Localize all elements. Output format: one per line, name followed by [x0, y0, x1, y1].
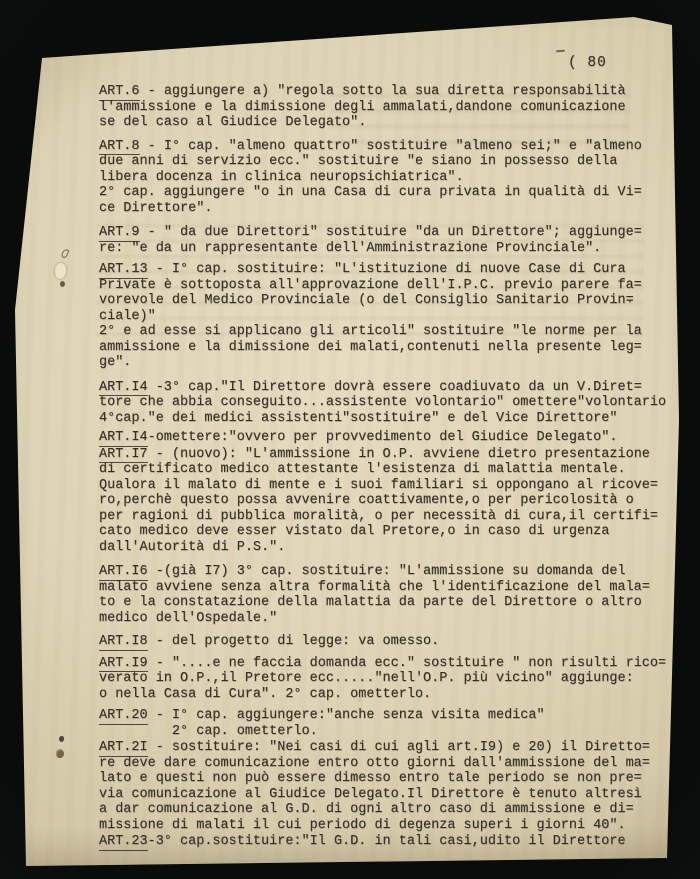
text-line: cato medico deve esser vistato dal Preto… — [99, 524, 677, 540]
text-line: ART.23-3° cap.sostituire:"Il G.D. in tal… — [99, 834, 677, 850]
paragraph-art-21: ART.2I - sostituire: "Nei casi di cui ag… — [99, 740, 677, 833]
text-line: re: "e da un rappresentante dell'Amminis… — [99, 241, 677, 257]
text-line: verato in O.P.,il Pretore ecc....."nell'… — [99, 671, 677, 687]
text-line: to e la constatazione della malattia da … — [99, 595, 677, 611]
text-line: per ragioni di pubblica moralità, o per … — [99, 509, 677, 525]
text-line: ciale)" — [99, 309, 677, 325]
text-line: di certificato medico attestante l'esist… — [99, 462, 677, 478]
paragraph-art-8: ART.8 - I° cap. "almeno quattro" sostitu… — [99, 139, 677, 217]
text-line: ammissione e la dimissione dei malati,co… — [99, 340, 677, 356]
text-line: ART.6 - aggiungere a) "regola sotto la s… — [99, 84, 677, 100]
text-line: ce Direttore". — [99, 201, 677, 217]
text-line: ro,perchè questo possa avvenire coattiva… — [99, 493, 677, 509]
article-label: ART.13 — [99, 262, 148, 279]
paragraph-art-18: ART.I8 - del progetto di legge: va omess… — [99, 634, 677, 650]
article-label: ART.I6 — [99, 564, 148, 581]
page-number: ( 80 — [568, 55, 607, 71]
text-line: tore che abbia conseguito...assistente v… — [99, 395, 677, 411]
article-label: ART.I7 — [99, 447, 148, 464]
text-line: malato avviene senza altra formalità che… — [99, 580, 677, 596]
text-line: missione di malati il cui periodo di deg… — [99, 818, 677, 834]
text-line: via comunicazione al Giudice Delegato.Il… — [99, 787, 677, 803]
text-line: Qualora il malato di mente e i suoi fami… — [99, 478, 677, 494]
text-line: ART.I6 -(già I7) 3° cap. sostituire: "L'… — [99, 564, 677, 580]
paragraph-art-17: ART.I7 - (nuovo): "L'ammissione in O.P. … — [99, 447, 677, 556]
paragraph-art-20: ART.20 - I° cap. aggiungere:"anche senza… — [99, 708, 677, 739]
article-label: ART.23 — [99, 834, 148, 851]
article-label: ART.6 — [99, 84, 140, 101]
paragraph-art-14: ART.I4 -3° cap."Il Direttore dovrà esser… — [99, 380, 677, 427]
text-line: re deve dare comunicazione entro otto gi… — [99, 756, 677, 772]
text-line: ART.2I - sostituire: "Nei casi di cui ag… — [99, 740, 677, 756]
paragraph-art-14-omettere: ART.I4-omettere:"ovvero per provvediment… — [99, 430, 677, 446]
article-label: ART.8 — [99, 139, 140, 156]
article-label: ART.I9 — [99, 656, 148, 673]
paragraph-art-16: ART.I6 -(già I7) 3° cap. sostituire: "L'… — [99, 564, 677, 626]
text-line: l'ammissione e la dimissione degli ammal… — [99, 100, 677, 116]
article-label: ART.2I — [99, 740, 148, 757]
text-line: a dar comunicazione al G.D. di ogni altr… — [99, 802, 677, 818]
text-line: 2° e ad esse si applicano gli articoli" … — [99, 324, 677, 340]
paragraph-art-6: ART.6 - aggiungere a) "regola sotto la s… — [99, 84, 677, 131]
text-line: lato e questi non può essere dimesso ent… — [99, 771, 677, 787]
scanned-page-background: { "theme": { "paper_color": "#ded3b5", "… — [0, 0, 700, 879]
article-label: ART.20 — [99, 708, 148, 725]
text-line: se del caso al Giudice Delegato". — [99, 115, 677, 131]
text-line: ART.I7 - (nuovo): "L'ammissione in O.P. … — [99, 447, 677, 463]
article-label: ART.9 — [99, 225, 140, 242]
text-line: ART.8 - I° cap. "almeno quattro" sostitu… — [99, 139, 677, 155]
text-line: ART.9 - " da due Direttori" sostituire "… — [99, 225, 677, 241]
text-line: Private è sottoposta all'approvazione de… — [99, 278, 677, 294]
text-line: dall'Autorità di P.S.". — [99, 540, 677, 556]
text-line: 2° cap. ometterlo. — [99, 724, 677, 740]
paragraph-art-19: ART.I9 - "....e ne faccia domanda ecc." … — [99, 656, 677, 703]
text-line: ART.I9 - "....e ne faccia domanda ecc." … — [99, 656, 677, 672]
text-line: libera docenza in clinica neuropsichiatr… — [99, 170, 677, 186]
text-line: 2° cap. aggiungere "o in una Casa di cur… — [99, 185, 677, 201]
text-line: ART.I8 - del progetto di legge: va omess… — [99, 634, 677, 650]
paragraph-art-9: ART.9 - " da due Direttori" sostituire "… — [99, 225, 677, 256]
text-line: vorevole del Medico Provinciale (o del C… — [99, 293, 677, 309]
text-line: o nella Casa di Cura". 2° cap. ometterlo… — [99, 687, 677, 703]
article-label: ART.I4 — [99, 380, 148, 397]
text-line: ART.I4-omettere:"ovvero per provvediment… — [99, 430, 677, 446]
text-line: medico dell'Ospedale." — [99, 611, 677, 627]
paragraph-art-13: ART.13 - I° cap. sostituire: "L'istituzi… — [99, 262, 677, 371]
text-line: due anni di servizio ecc." sostituire "e… — [99, 154, 677, 170]
text-line: 4°cap."e dei medici assistenti"sostituir… — [99, 411, 677, 427]
text-line: ge". — [99, 355, 677, 371]
text-line: ART.20 - I° cap. aggiungere:"anche senza… — [99, 708, 677, 724]
text-line: ART.I4 -3° cap."Il Direttore dovrà esser… — [99, 380, 677, 396]
document-body: ART.6 - aggiungere a) "regola sotto la s… — [99, 84, 677, 850]
text-line: ART.13 - I° cap. sostituire: "L'istituzi… — [99, 262, 677, 278]
paragraph-art-23: ART.23-3° cap.sostituire:"Il G.D. in tal… — [99, 834, 677, 850]
article-label: ART.I8 — [99, 634, 148, 651]
article-label: ART.I4 — [99, 430, 148, 447]
